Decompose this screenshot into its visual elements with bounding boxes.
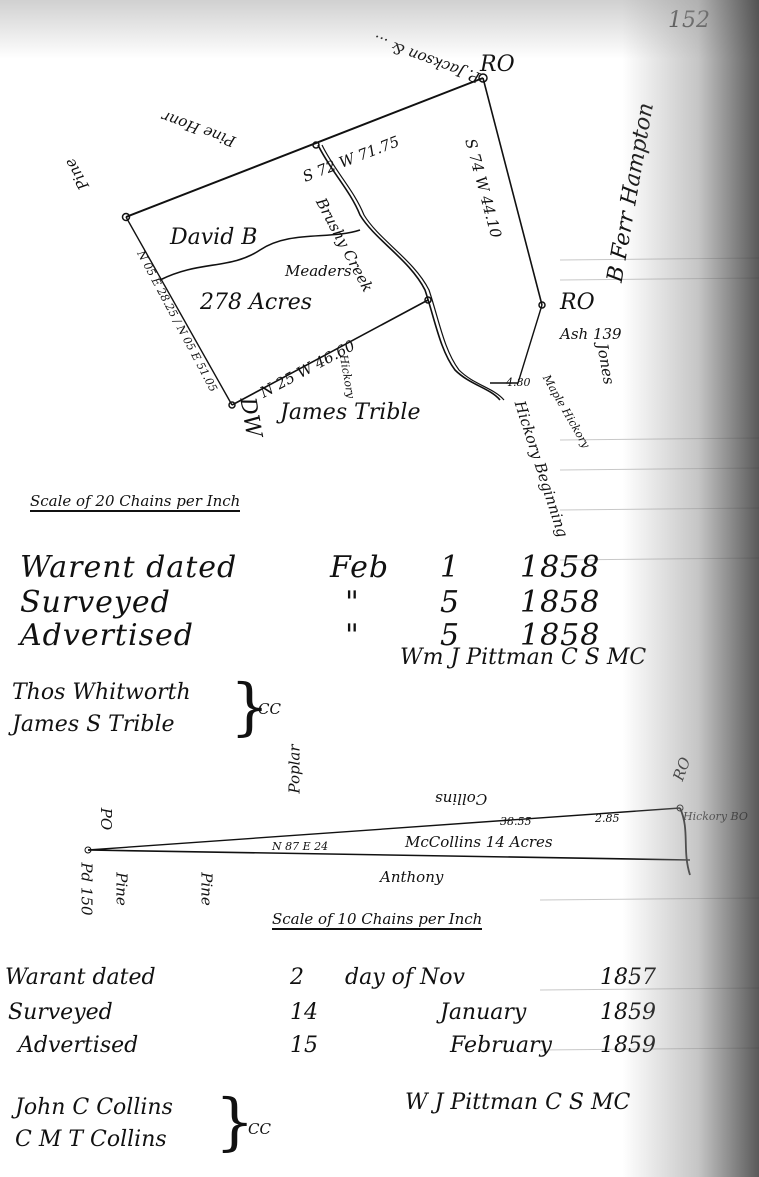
record-month: Feb — [330, 550, 389, 585]
chain-carrier-2: James S Trible — [12, 712, 175, 737]
plat1-owner2: Meaders — [285, 262, 352, 280]
chain-carrier-3: John C Collins — [15, 1095, 173, 1120]
plat2-below: Anthony — [380, 868, 443, 886]
plat1-call-small: 4.80 — [506, 376, 531, 389]
record-year: 1859 — [600, 1000, 656, 1025]
adjoiner-right2: Ash 139 — [560, 325, 622, 343]
cc-label-2: CC — [248, 1120, 271, 1138]
adjoiner-bottom: James Trible — [280, 400, 420, 425]
plat2-scale: Scale of 10 Chains per Inch — [272, 910, 482, 928]
record-day: 14 — [290, 1000, 318, 1025]
plat2-call: N 87 E 24 — [272, 840, 328, 853]
page-number: 152 — [668, 8, 710, 33]
corner-right: RO — [560, 290, 595, 315]
plat1-owner: David B — [170, 225, 257, 250]
record-month: February — [450, 1033, 552, 1058]
plat2-pine2: Pine — [198, 872, 216, 905]
record-day: 5 — [440, 585, 460, 620]
record-label: Advertised — [18, 1033, 138, 1058]
plat2-right-marks: Hickory BO — [683, 810, 748, 823]
record-month: January — [440, 1000, 526, 1025]
record-month: day of Nov — [345, 965, 465, 990]
record-year: 1859 — [600, 1033, 656, 1058]
plat2-call2: 38.55 — [500, 815, 532, 828]
plat1-signature: Wm J Pittman C S MC — [400, 645, 646, 670]
corner-top: RO — [480, 52, 515, 77]
record-label: Warant dated — [5, 965, 156, 990]
plat2-call3: 2.85 — [595, 812, 620, 825]
record-day: 2 — [290, 965, 304, 990]
plat1-acres: 278 Acres — [200, 290, 312, 315]
plat2-left-corner: PO — [97, 808, 115, 830]
record-label: Advertised — [20, 618, 194, 653]
chain-carrier-4: C M T Collins — [15, 1127, 167, 1152]
record-month: " — [345, 585, 360, 620]
record-year: 1858 — [520, 585, 600, 620]
plat2-pine1: Pine — [113, 872, 131, 905]
plat2-pd: Pd 150 — [78, 862, 96, 915]
chain-carrier-1: Thos Whitworth — [12, 680, 191, 705]
record-label: Surveyed — [20, 585, 171, 620]
plat2-center: McCollins 14 Acres — [405, 833, 553, 851]
plat2-poplar: Poplar — [286, 744, 304, 793]
cc-label-1: CC — [258, 700, 281, 718]
plat1-scale: Scale of 20 Chains per Inch — [30, 492, 240, 510]
plat2-top: Collins — [435, 790, 487, 808]
record-label: Surveyed — [8, 1000, 113, 1025]
plat2-signature: W J Pittman C S MC — [405, 1090, 630, 1115]
record-year: 1858 — [520, 550, 600, 585]
record-label: Warent dated — [20, 550, 237, 585]
record-year: 1857 — [600, 965, 656, 990]
record-month: " — [345, 618, 360, 653]
record-day: 1 — [440, 550, 460, 585]
record-day: 15 — [290, 1033, 318, 1058]
